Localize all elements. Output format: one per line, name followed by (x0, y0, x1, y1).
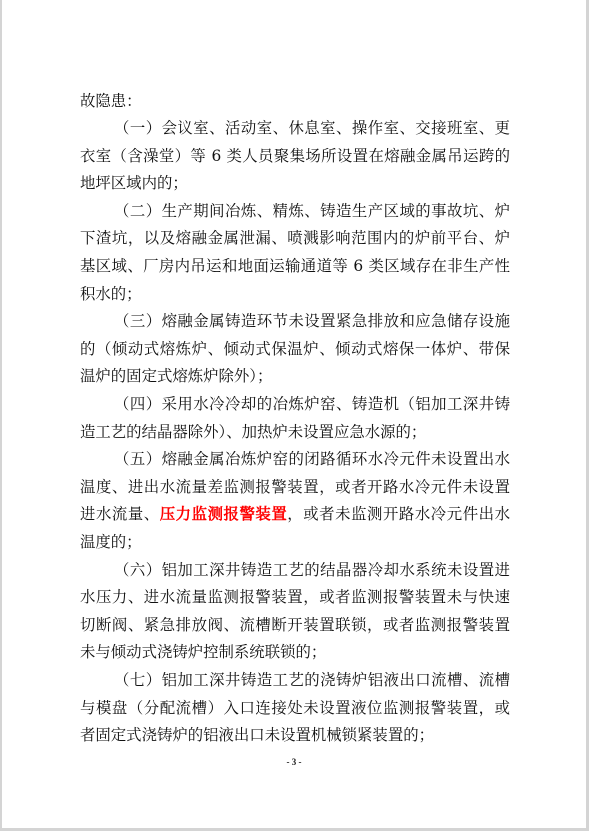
paragraph-4: （四）采用水冷冷却的冶炼炉窑、铸造机（铝加工深井铸 造工艺的结晶器除外）、加热炉… (80, 391, 510, 446)
text-line: （六）铝加工深井铸造工艺的结晶器冷却水系统未设置进 (80, 557, 510, 585)
text-line: （三）熔融金属铸造环节未设置紧急排放和应急储存设施 (80, 308, 510, 336)
text-line: 温度的； (80, 529, 510, 557)
highlighted-text: 压力监测报警装置 (160, 505, 288, 523)
text-line: 积水的； (80, 281, 510, 309)
lead-in-line: 故隐患： (80, 88, 510, 116)
paragraph-3: （三）熔融金属铸造环节未设置紧急排放和应急储存设施 的（倾动式熔炼炉、倾动式保温… (80, 308, 510, 391)
text-line: （五）熔融金属冶炼炉窑的闭路循环水冷元件未设置出水 (80, 446, 510, 474)
text-line: （四）采用水冷冷却的冶炼炉窑、铸造机（铝加工深井铸 (80, 391, 510, 419)
text-line: 衣室（含澡堂）等 6 类人员聚集场所设置在熔融金属吊运跨的 (80, 143, 510, 171)
text-line: 地坪区域内的； (80, 170, 510, 198)
text-line: （七）铝加工深井铸造工艺的浇铸炉铝液出口流槽、流槽 (80, 667, 510, 695)
text-segment: 进水流量、 (80, 505, 160, 523)
paragraph-1: （一）会议室、活动室、休息室、操作室、交接班室、更 衣室（含澡堂）等 6 类人员… (80, 115, 510, 198)
text-line: 者固定式浇铸炉的铝液出口未设置机械锁紧装置的； (80, 722, 510, 750)
text-line: 与模盘（分配流槽）入口连接处未设置液位监测报警装置，或 (80, 695, 510, 723)
text-segment: ，或者未监测开路水冷元件出水 (287, 505, 510, 523)
text-line: 未与倾动式浇铸炉控制系统联锁的； (80, 639, 510, 667)
text-line-with-highlight: 进水流量、压力监测报警装置，或者未监测开路水冷元件出水 (80, 501, 510, 529)
text-line: 造工艺的结晶器除外）、加热炉未设置应急水源的； (80, 419, 510, 447)
text-line: 温炉的固定式熔炼炉除外）； (80, 363, 510, 391)
paragraph-5: （五）熔融金属冶炼炉窑的闭路循环水冷元件未设置出水 温度、进出水流量差监测报警装… (80, 446, 510, 556)
paragraph-2: （二）生产期间冶炼、精炼、铸造生产区域的事故坑、炉 下渣坑，以及熔融金属泄漏、喷… (80, 198, 510, 308)
text-line: （一）会议室、活动室、休息室、操作室、交接班室、更 (80, 115, 510, 143)
text-line: 温度、进出水流量差监测报警装置，或者开路水冷元件未设置 (80, 474, 510, 502)
text-line: 下渣坑，以及熔融金属泄漏、喷溅影响范围内的炉前平台、炉 (80, 225, 510, 253)
paragraph-6: （六）铝加工深井铸造工艺的结晶器冷却水系统未设置进 水压力、进水流量监测报警装置… (80, 557, 510, 667)
document-body: 故隐患： （一）会议室、活动室、休息室、操作室、交接班室、更 衣室（含澡堂）等 … (80, 88, 510, 750)
text-line: 的（倾动式熔炼炉、倾动式保温炉、倾动式熔保一体炉、带保 (80, 336, 510, 364)
text-line: （二）生产期间冶炼、精炼、铸造生产区域的事故坑、炉 (80, 198, 510, 226)
document-page: 故隐患： （一）会议室、活动室、休息室、操作室、交接班室、更 衣室（含澡堂）等 … (2, 0, 586, 828)
page-number: - 3 - (2, 757, 586, 767)
paragraph-7: （七）铝加工深井铸造工艺的浇铸炉铝液出口流槽、流槽 与模盘（分配流槽）入口连接处… (80, 667, 510, 750)
text-line: 水压力、进水流量监测报警装置，或者监测报警装置未与快速 (80, 584, 510, 612)
text-line: 基区域、厂房内吊运和地面运输通道等 6 类区域存在非生产性 (80, 253, 510, 281)
text-line: 切断阀、紧急排放阀、流槽断开装置联锁，或者监测报警装置 (80, 612, 510, 640)
